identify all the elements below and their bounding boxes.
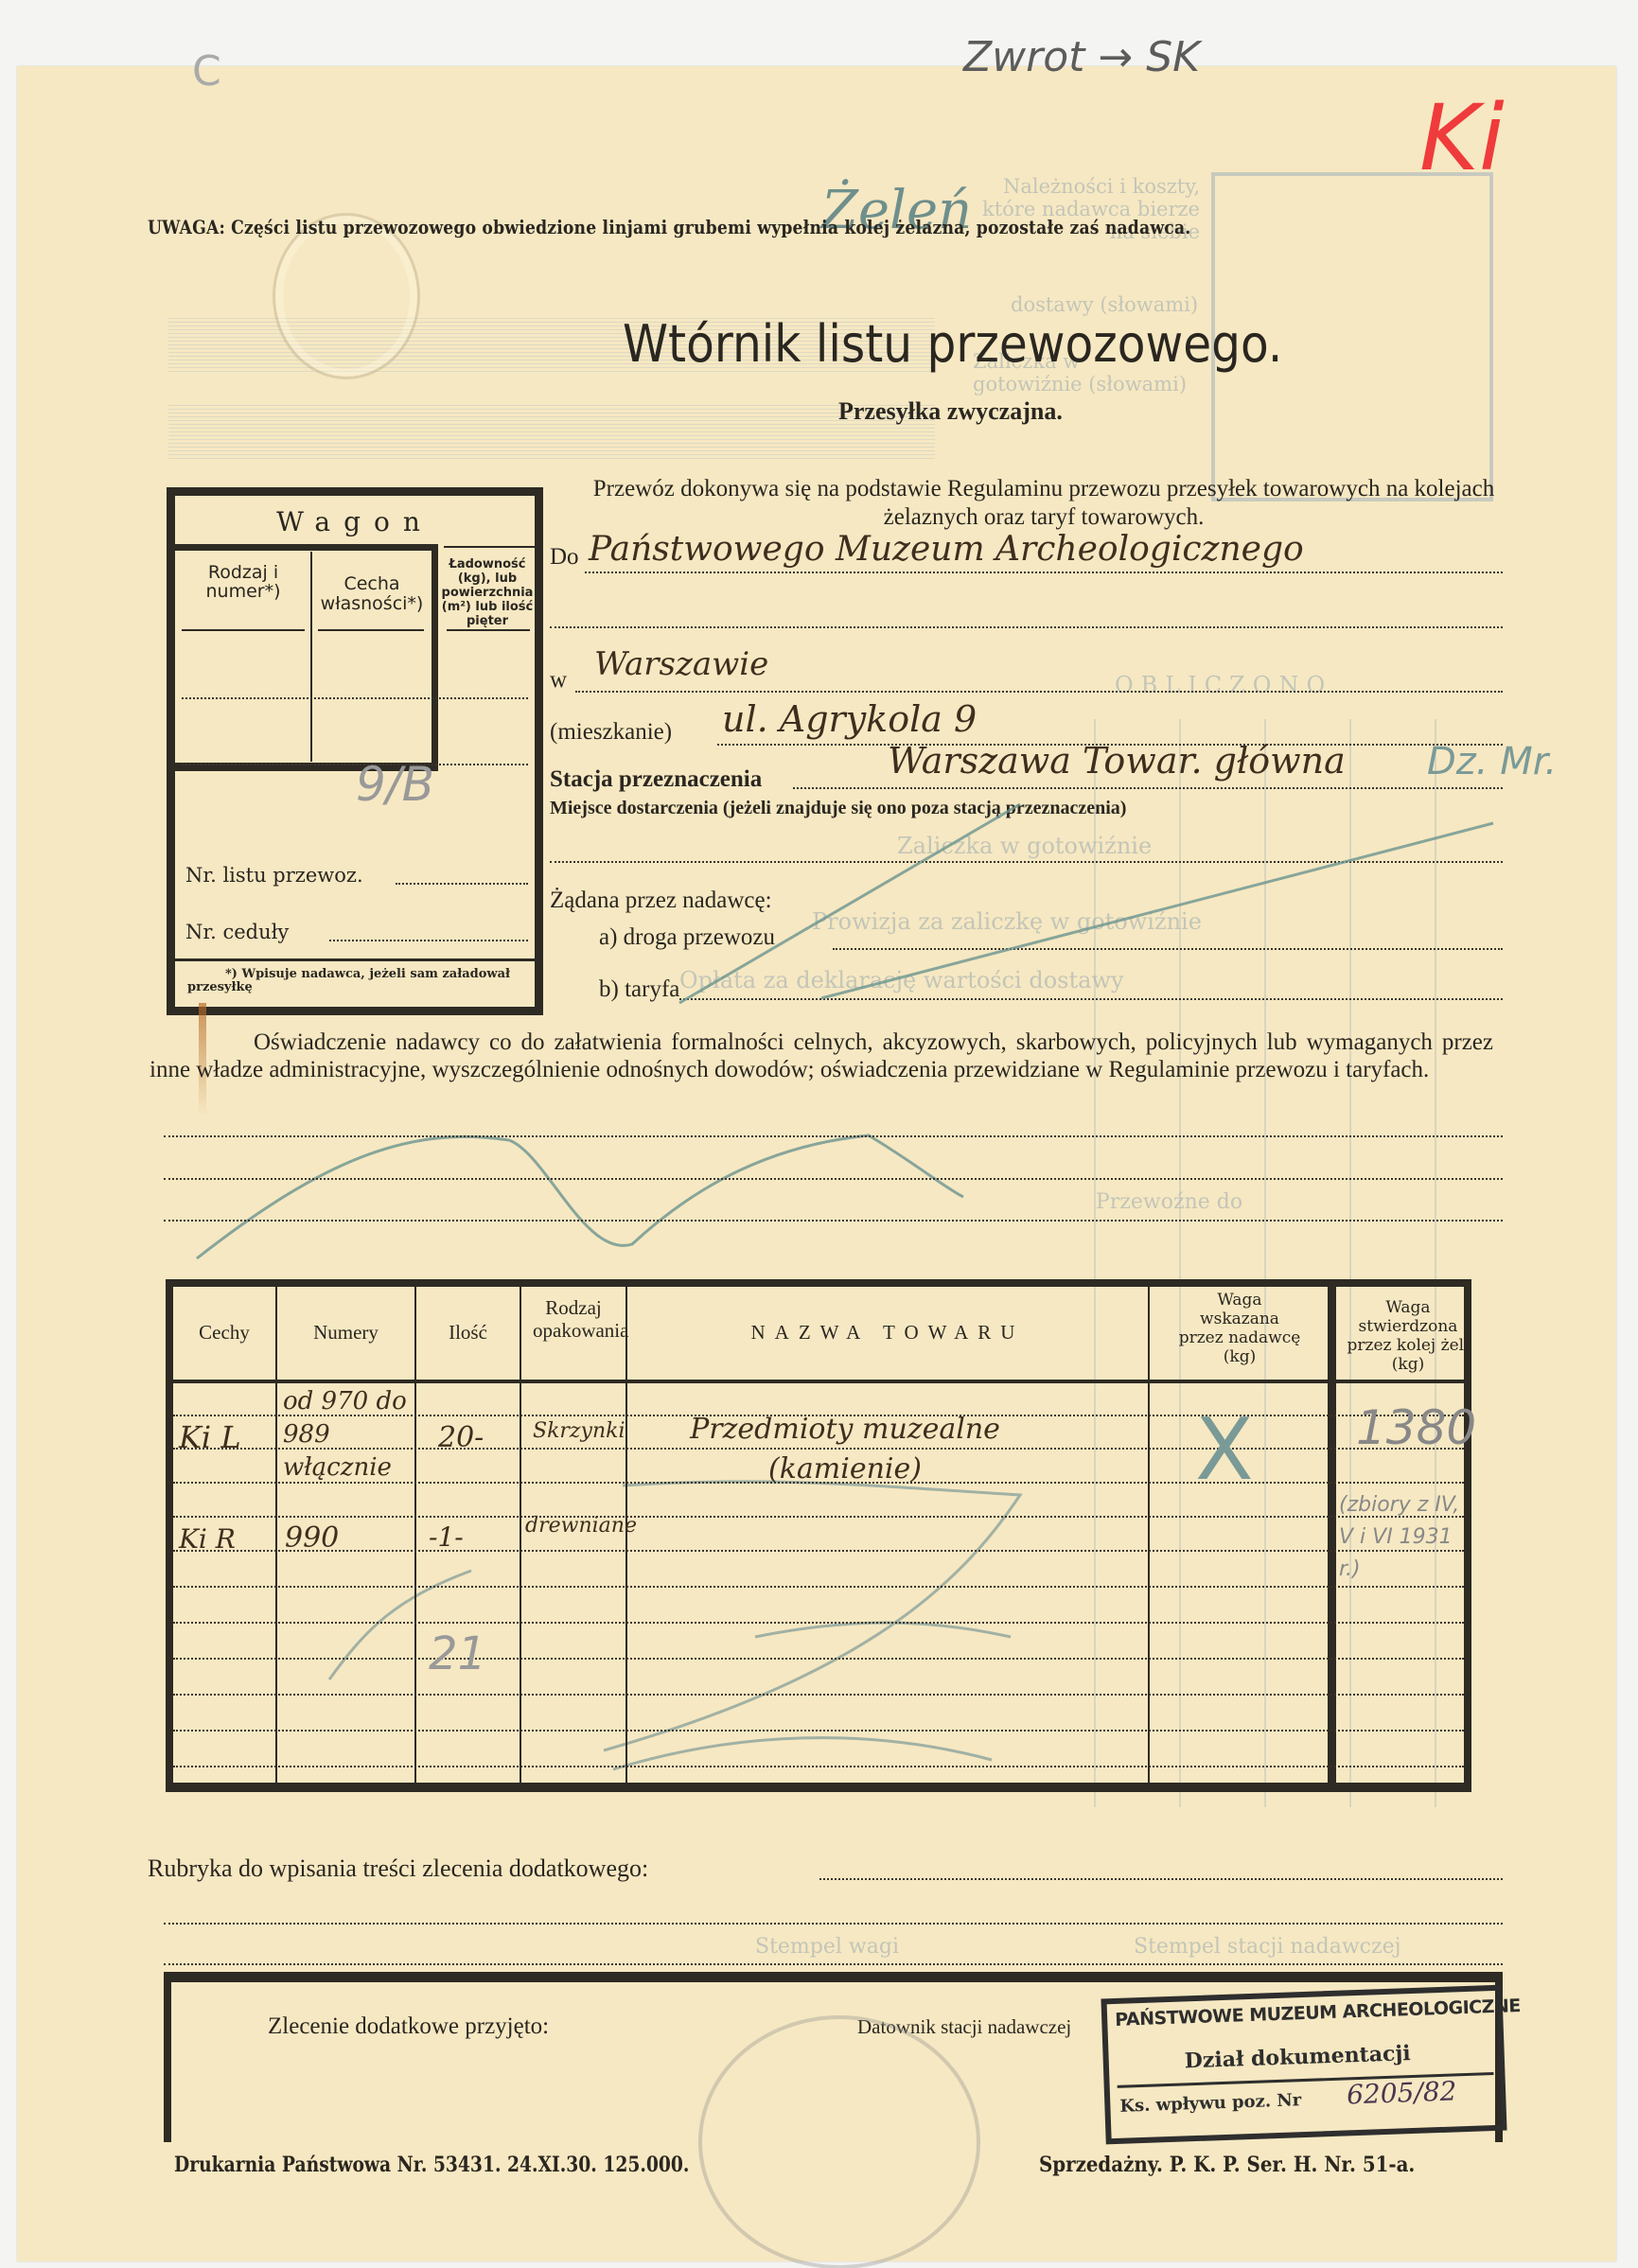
- date-stamp: [698, 2015, 980, 2268]
- rubryka-line-3[interactable]: [164, 1963, 1503, 1965]
- blue-pencil-strokes: [17, 66, 1616, 2261]
- col-waga-nadawcy: Waga wskazana przez nadawcę (kg): [1178, 1291, 1301, 1366]
- row2-cechy: Ki R: [179, 1523, 236, 1555]
- row1-opakowanie: Skrzynki: [533, 1419, 625, 1443]
- row2-waga-kolei: (zbiory z IV, V i VI 1931 r.): [1339, 1489, 1470, 1586]
- declaration-text: Oświadczenie nadawcy co do załatwienia f…: [150, 1029, 1493, 1083]
- museum-stamp: PAŃSTWOWE MUZEUM ARCHEOLOGICZNE Dział do…: [1101, 1985, 1506, 2145]
- rubryka-line-2[interactable]: [164, 1923, 1503, 1925]
- stamp-line3-value: 6205/82: [1347, 2075, 1457, 2110]
- przyjeto-label: Zlecenie dodatkowe przyjęto:: [268, 2013, 549, 2040]
- row1-cechy: Ki L: [179, 1419, 241, 1455]
- col-numery: Numery: [277, 1321, 414, 1344]
- pencil-total: 21: [429, 1627, 486, 1680]
- row1-waga-nadawcy: X: [1195, 1400, 1254, 1500]
- row2-numery: 990: [285, 1521, 339, 1555]
- col-nazwa: NAZWA TOWARU: [627, 1321, 1148, 1344]
- rubryka-field[interactable]: [819, 1878, 1503, 1880]
- row2-opakowanie: drewniane: [525, 1514, 610, 1538]
- row1-ilosc: 20-: [438, 1421, 484, 1454]
- declaration-line-1[interactable]: [164, 1135, 1503, 1137]
- stamp-line1: PAŃSTWOWE MUZEUM ARCHEOLOGICZNE: [1115, 1995, 1521, 2031]
- stamp-line3-label: Ks. wpływu poz. Nr: [1119, 2090, 1302, 2117]
- stamp-line2: Dział dokumentacji: [1184, 2041, 1411, 2073]
- declaration-line-2[interactable]: [164, 1178, 1503, 1180]
- col-ilosc: Ilość: [416, 1321, 520, 1344]
- row2-ilosc: -1-: [429, 1521, 464, 1553]
- row1-numery: od 970 do 989 włącznie: [283, 1385, 415, 1485]
- printer-footer: Drukarnia Państwowa Nr. 53431. 24.XI.30.…: [174, 2153, 689, 2177]
- col-cechy: Cechy: [173, 1321, 275, 1344]
- series-footer: Sprzedażny. P. K. P. Ser. H. Nr. 51-a.: [1039, 2153, 1415, 2177]
- rubryka-label: Rubryka do wpisania treści zlecenia doda…: [148, 1855, 648, 1883]
- goods-table: Cechy Numery Ilość Rodzaj opakowania NAZ…: [166, 1279, 1471, 1792]
- ghost-stempel-stacji: Stempel stacji nadawczej: [1134, 1935, 1400, 1959]
- col-waga-kolei: Waga stwierdzona przez kolej żel. (kg): [1347, 1298, 1470, 1374]
- row1-nazwa: Przedmioty muzealne (kamienie): [656, 1410, 1034, 1489]
- declaration-line-3[interactable]: [164, 1220, 1503, 1222]
- ghost-stempel-wagi: Stempel wagi: [755, 1935, 899, 1959]
- col-opakowanie: Rodzaj opakowania: [533, 1296, 614, 1342]
- document-page: Należności i koszty, które nadawca bierz…: [17, 66, 1616, 2261]
- row1-waga-kolei: 1380: [1356, 1400, 1476, 1455]
